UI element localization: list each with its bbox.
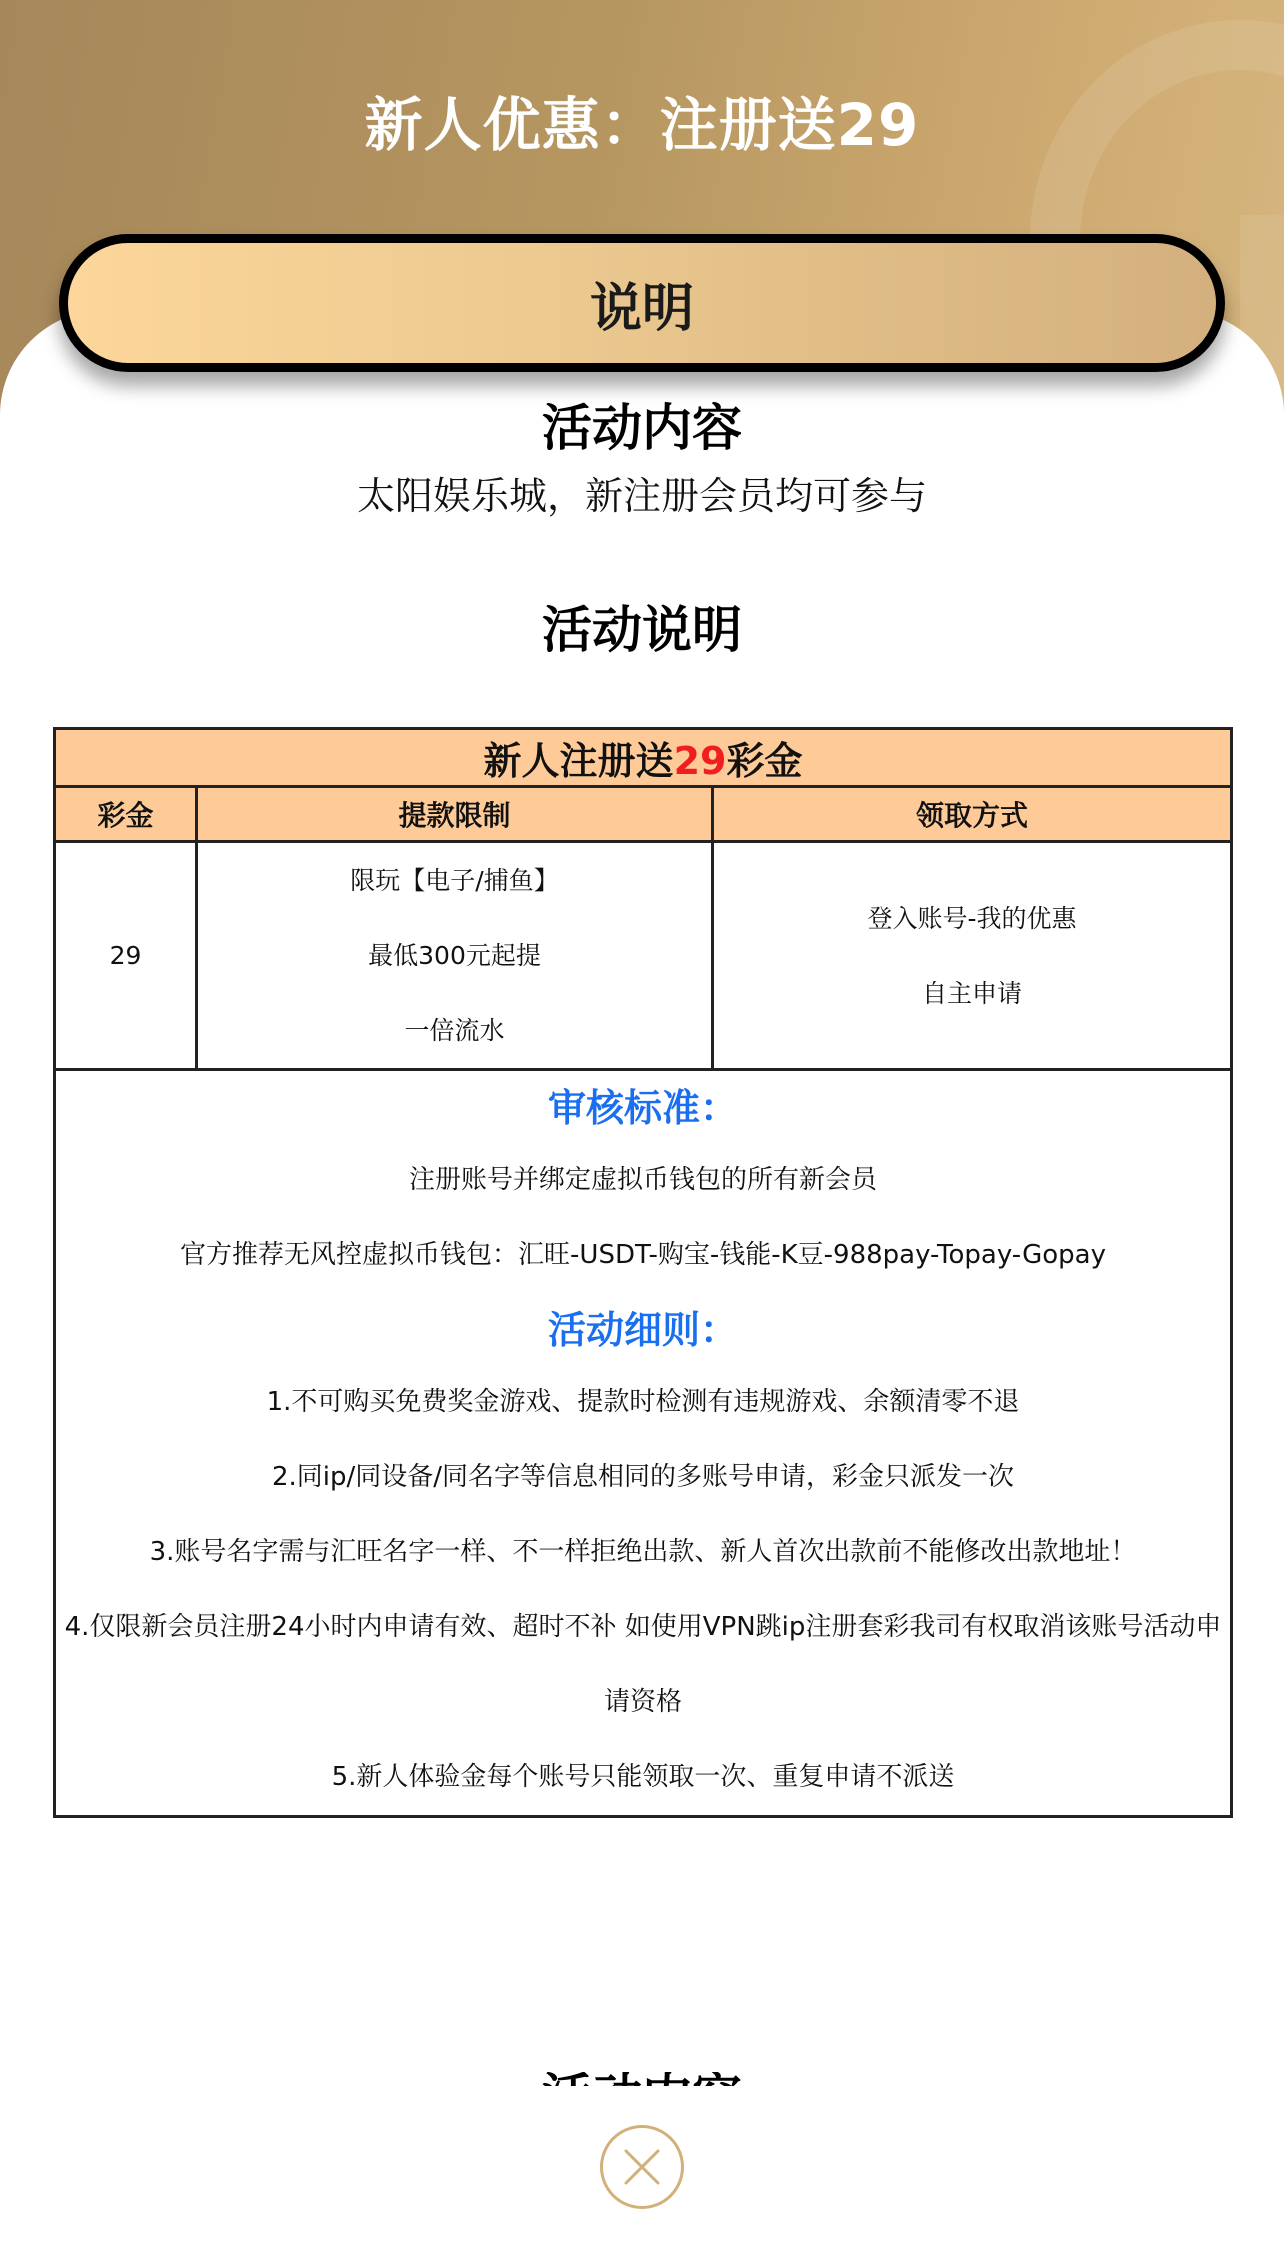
rule-item: 3.账号名字需与汇旺名字一样、不一样拒绝出款、新人首次出款前不能修改出款地址！: [56, 1515, 1230, 1590]
column-header-withdraw-limit: 提款限制: [197, 787, 713, 842]
tab-description[interactable]: 说明: [59, 234, 1225, 372]
rule-item: 4.仅限新会员注册24小时内申请有效、超时不补 如使用VPN跳ip注册套彩我司有…: [56, 1590, 1230, 1740]
table-header-row: 彩金 提款限制 领取方式: [55, 787, 1232, 842]
activity-content-heading: 活动内容: [0, 388, 1284, 460]
clipped-heading: 活动内容: [0, 2072, 1284, 2086]
page-title: 新人优惠：注册送29: [0, 78, 1284, 162]
activity-desc-heading: 活动说明: [0, 590, 1284, 662]
notes-cell: 审核标准： 注册账号并绑定虚拟币钱包的所有新会员 官方推荐无风控虚拟币钱包：汇旺…: [55, 1070, 1232, 1817]
rule-item: 5.新人体验金每个账号只能领取一次、重复申请不派送: [56, 1740, 1230, 1815]
review-heading: 审核标准：: [56, 1073, 1230, 1143]
close-icon: [620, 2145, 664, 2189]
rule-item: 1.不可购买免费奖金游戏、提款时检测有违规游戏、余额清零不退: [56, 1365, 1230, 1440]
cell-withdraw-limit: 限玩【电子/捕鱼】 最低300元起提 一倍流水: [197, 842, 713, 1070]
close-button[interactable]: [600, 2125, 684, 2209]
bonus-highlight: 29: [674, 739, 727, 783]
column-header-claim-method: 领取方式: [713, 787, 1232, 842]
column-header-bonus: 彩金: [55, 787, 197, 842]
table-notes-row: 审核标准： 注册账号并绑定虚拟币钱包的所有新会员 官方推荐无风控虚拟币钱包：汇旺…: [55, 1070, 1232, 1817]
table-title-row: 新人注册送29彩金: [55, 729, 1232, 787]
review-line: 注册账号并绑定虚拟币钱包的所有新会员: [56, 1143, 1230, 1218]
rule-item: 2.同ip/同设备/同名字等信息相同的多账号申请，彩金只派发一次: [56, 1440, 1230, 1515]
promo-table: 新人注册送29彩金 彩金 提款限制 领取方式 29 限玩【电子/捕鱼】 最低30…: [53, 727, 1233, 1818]
table-row: 29 限玩【电子/捕鱼】 最低300元起提 一倍流水 登入账号-我的优惠 自主申…: [55, 842, 1232, 1070]
cell-bonus: 29: [55, 842, 197, 1070]
rules-heading: 活动细则：: [56, 1295, 1230, 1365]
cell-claim-method: 登入账号-我的优惠 自主申请: [713, 842, 1232, 1070]
review-line: 官方推荐无风控虚拟币钱包：汇旺-USDT-购宝-钱能-K豆-988pay-Top…: [56, 1218, 1230, 1293]
activity-content-text: 太阳娱乐城，新注册会员均可参与: [0, 465, 1284, 520]
table-title: 新人注册送29彩金: [55, 729, 1232, 787]
